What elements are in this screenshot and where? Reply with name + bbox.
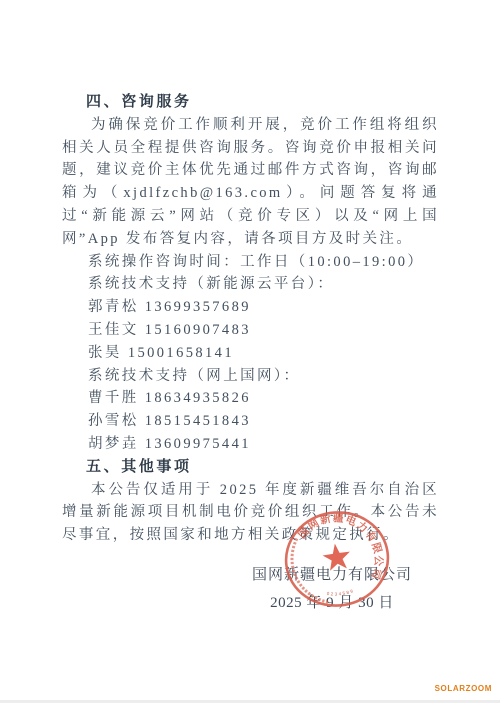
contact-hu-mengyao: 胡梦垚 13609975441 [62,433,439,456]
section5-paragraph: 本公告仅适用于 2025 年度新疆维吾尔自治区增量新能源项目机制电价竞价组织工作… [62,479,439,547]
signature-block: 国网新疆电力有限公司 2025 年 9 月 30 日 [244,564,420,614]
document-page: 四、咨询服务 为确保竞价工作顺利开展，竞价工作组将组织相关人员全程提供咨询服务。… [0,0,500,703]
announcement-body: 四、咨询服务 为确保竞价工作顺利开展，竞价工作组将组织相关人员全程提供咨询服务。… [62,91,439,547]
contact-sun-xuesong: 孙雪松 18515451843 [62,410,439,433]
contact-wang-jiawen: 王佳文 15160907483 [62,319,439,342]
consult-hours-line: 系统操作咨询时间：工作日（10:00–19:00） [62,251,439,274]
solarzoom-watermark: SOLARZOOM [435,684,492,693]
section5-heading: 五、其他事项 [62,456,439,479]
contact-guo-qingsong: 郭青松 13699357689 [62,296,439,319]
signature-date: 2025 年 9 月 30 日 [244,592,420,614]
signature-company-name: 国网新疆电力有限公司 [244,564,420,586]
support-cloud-label: 系统技术支持（新能源云平台）： [62,273,439,296]
section4-heading: 四、咨询服务 [62,91,439,114]
section4-paragraph: 为确保竞价工作顺利开展，竞价工作组将组织相关人员全程提供咨询服务。咨询竞价申报相… [62,114,439,251]
contact-zhang-hao: 张昊 15001658141 [62,342,439,365]
support-app-label: 系统技术支持（网上国网）： [62,365,439,388]
contact-cao-qiansheng: 曹千胜 18634935826 [62,387,439,410]
